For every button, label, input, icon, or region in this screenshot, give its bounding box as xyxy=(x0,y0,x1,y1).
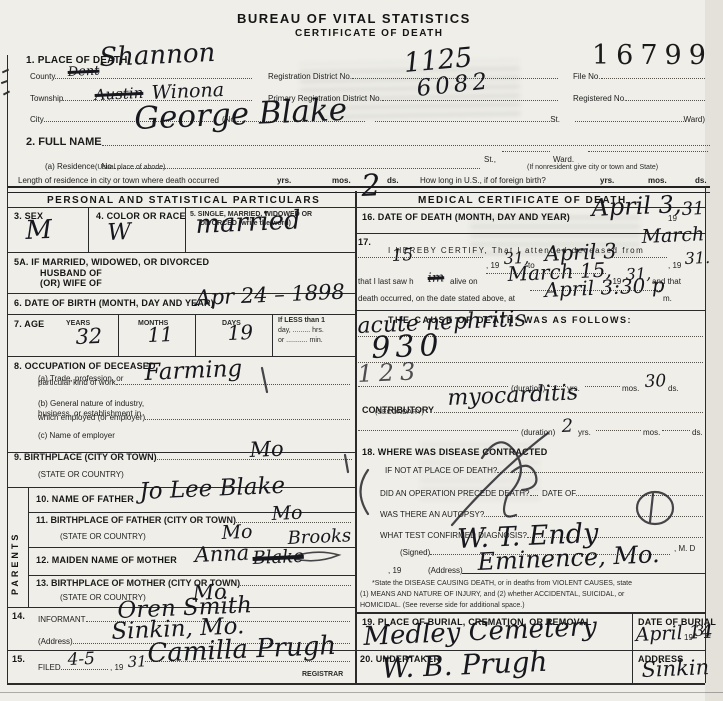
foreign-birth-label: How long in U.S., if of foreign birth? xyxy=(420,176,546,185)
occupation-value: Farming xyxy=(144,358,243,385)
father-name-value: Jo Lee Blake xyxy=(139,475,286,504)
age-days-value: 19 xyxy=(227,322,253,343)
cause-mos-label: mos. xyxy=(622,384,639,393)
dotted-leader xyxy=(382,100,558,101)
footnote-line3: HOMICIDAL. (See reverse side for additio… xyxy=(360,602,525,609)
operation-label: DID AN OPERATION PRECEDE DEATH? xyxy=(380,489,530,498)
dotted-leader xyxy=(575,121,684,122)
row-line xyxy=(7,356,355,357)
age-years-value: 32 xyxy=(75,326,103,348)
dotted-leader xyxy=(240,585,351,586)
dob-label: 6. DATE OF BIRTH (MONTH, DAY AND YEAR) xyxy=(14,298,214,308)
q18-label-line2: IF NOT AT PLACE OF DEATH? xyxy=(385,466,497,475)
parents-vertical-label: PARENTS xyxy=(10,505,20,595)
father-birthplace-value: Mo xyxy=(271,504,303,524)
address-label: (Address) xyxy=(428,566,463,575)
file-no-label: File No. xyxy=(573,72,601,81)
occurred-label: death occurred, on the date stated above… xyxy=(358,294,515,303)
township-label: Township xyxy=(30,94,63,103)
certify-year19-a: , 19 xyxy=(486,261,499,270)
certify-to-year: 31. xyxy=(684,250,710,267)
certify-number: 17. xyxy=(358,237,371,247)
dotted-leader xyxy=(626,100,705,101)
autopsy-row: WAS THERE AN AUTOPSY? xyxy=(380,510,703,519)
city-st-label: St. xyxy=(550,115,560,124)
age-less-line3: or ........... min. xyxy=(278,337,323,344)
cause-code-2: 123 xyxy=(357,359,422,386)
dotted-leader xyxy=(497,472,703,473)
age-less-line2: day, ......... hrs. xyxy=(278,327,324,334)
q18-label-line1: 18. WHERE WAS DISEASE CONTRACTED xyxy=(362,447,547,457)
date-of-death-label: 16. DATE OF DEATH (MONTH, DAY AND YEAR) xyxy=(362,212,570,222)
residence-st-dots xyxy=(502,153,550,154)
dots xyxy=(585,388,620,389)
full-name-label: 2. FULL NAME xyxy=(26,136,102,148)
contrib-duration-label: (duration) xyxy=(521,428,555,437)
pen-tick xyxy=(2,69,9,74)
row-line xyxy=(7,207,355,208)
birthplace-row: 9. BIRTHPLACE (CITY OR TOWN) xyxy=(14,452,352,462)
bureau-title: BUREAU OF VITAL STATISTICS xyxy=(237,11,471,26)
q18-row: IF NOT AT PLACE OF DEATH? xyxy=(385,466,703,475)
dotted-leader xyxy=(601,78,705,79)
page-mark-handwriting: 2 xyxy=(361,171,381,202)
certify-year19-b: , 19 xyxy=(668,261,681,270)
double-rule xyxy=(7,186,710,193)
row-line xyxy=(7,252,355,253)
age-less-line1: If LESS than 1 xyxy=(278,317,325,324)
occurred-time-value: April 3:30 p xyxy=(544,275,665,300)
footnote-line1: *State the DISEASE CAUSING DEATH, or in … xyxy=(372,580,632,587)
residence-st-label: St., xyxy=(484,155,496,164)
autopsy-label: WAS THERE AN AUTOPSY? xyxy=(380,510,484,519)
yrs-label: yrs. xyxy=(600,176,614,185)
footnote-line2: (1) MEANS AND NATURE OF INJURY, and (2) … xyxy=(360,591,624,598)
filed-date-value: 4-5 xyxy=(67,651,95,669)
lastsaw-label2: alive on xyxy=(450,277,478,286)
md-label: , M. D xyxy=(674,544,695,553)
dotted-leader xyxy=(662,430,690,431)
address-19-label: , 19 xyxy=(388,566,401,575)
row-line xyxy=(28,512,355,513)
dotted-leader xyxy=(484,516,703,517)
ds-label: ds. xyxy=(695,176,707,185)
county-label: County xyxy=(30,72,55,81)
column-divider xyxy=(355,191,357,683)
filed-label: FILED xyxy=(38,663,61,672)
informant-label: INFORMANT xyxy=(38,615,86,624)
cell-line xyxy=(195,314,196,356)
physician-address-value: Eminence, Mo. xyxy=(477,542,660,574)
residence-ward-dots xyxy=(588,153,708,154)
mother-maiden-value: Anna xyxy=(194,543,250,566)
age-months-value: 11 xyxy=(147,324,173,345)
left-border xyxy=(7,55,8,683)
dotted-leader xyxy=(585,386,620,387)
father-name-label: 10. NAME OF FATHER xyxy=(36,494,134,504)
cause-ds-label: ds. xyxy=(668,384,679,393)
occurred-m-label: m. xyxy=(663,294,672,303)
father-birthplace-label: 11. BIRTHPLACE OF FATHER (CITY OR TOWN) xyxy=(36,515,236,525)
birthplace-sub-label: (STATE OR COUNTRY) xyxy=(38,470,124,479)
contributory-sub-label: (SECONDARY) xyxy=(375,409,424,416)
date-of-death-year-prefix: 19 xyxy=(668,214,677,223)
dotted-leader xyxy=(576,495,703,496)
cell-line xyxy=(272,314,273,356)
city-ward-label: Ward) xyxy=(684,115,705,124)
dotted-leader xyxy=(102,145,710,146)
dots xyxy=(662,432,690,433)
burial-date-year: 31 xyxy=(694,623,714,639)
registered-no-row: Registered No. xyxy=(573,94,705,103)
file-no-row: File No. xyxy=(573,72,705,81)
certify-from-day: 15 xyxy=(391,247,413,265)
mother-maiden-label: 12. MAIDEN NAME OF MOTHER xyxy=(36,555,177,565)
dotted-leader xyxy=(530,495,538,496)
filed-number: 15. xyxy=(12,654,25,664)
abode-note: (Usual place of abode) xyxy=(95,164,165,171)
mos-label: mos. xyxy=(648,176,667,185)
item5a-line3: (OR) WIFE OF xyxy=(40,278,102,288)
dob-value: Apr 24 – 1898 xyxy=(195,282,345,309)
city-ward-row: Ward) xyxy=(575,115,705,124)
dotted-leader xyxy=(596,430,641,431)
dotted-leader xyxy=(502,151,550,152)
dotted-leader xyxy=(588,151,708,152)
dotted-leader xyxy=(145,419,350,420)
item5a-line2: HUSBAND OF xyxy=(40,268,102,278)
contrib-duration-years-value: 2 xyxy=(561,418,573,436)
bottom-border xyxy=(7,683,705,685)
certify-from-dots xyxy=(358,259,483,260)
certificate-number-stamp: 16799 xyxy=(592,40,713,71)
dotted-leader xyxy=(358,257,483,258)
occupation-a-line2: particular kind of work xyxy=(38,378,116,387)
father-birthplace-row: 11. BIRTHPLACE OF FATHER (CITY OR TOWN) xyxy=(36,515,351,525)
filed-year-prefix: , 19 xyxy=(110,663,123,672)
undertaker-signature: W. B. Prugh xyxy=(381,648,548,683)
full-name-row: 2. FULL NAME xyxy=(26,136,710,148)
mother-maiden-overflow-value: Brooks xyxy=(287,527,351,548)
dotted-leader xyxy=(358,430,518,431)
city-label: City xyxy=(30,115,44,124)
informant-address-label: (Address) xyxy=(38,637,73,646)
ds-label: ds. xyxy=(387,176,399,185)
county-value-handwriting: Shannon xyxy=(99,40,216,71)
date-of-row: DATE OF xyxy=(542,489,703,498)
mother-maiden-crossed-out: Blake xyxy=(252,548,304,568)
left-column-title: PERSONAL AND STATISTICAL PARTICULARS xyxy=(47,195,320,206)
race-value: W xyxy=(107,221,132,245)
dotted-leader xyxy=(375,121,550,122)
cell-line xyxy=(118,314,119,356)
contrib-ds-label: ds. xyxy=(692,428,703,437)
occupation-c-label: (c) Name of employer xyxy=(38,431,115,440)
registrar-label: REGISTRAR xyxy=(302,671,343,678)
dots xyxy=(596,432,641,433)
contrib-duration-dots xyxy=(358,432,518,433)
yrs-label: yrs. xyxy=(277,176,291,185)
operation-row: DID AN OPERATION PRECEDE DEATH? xyxy=(380,489,535,498)
occupation-label: 8. OCCUPATION OF DECEASED xyxy=(14,361,156,371)
item5a-line1: 5A. IF MARRIED, WIDOWED, OR DIVORCED xyxy=(14,257,209,267)
dotted-leader xyxy=(434,412,703,413)
mos-label: mos. xyxy=(332,176,351,185)
full-name-handwriting: George Blake xyxy=(134,95,348,135)
signed-label: (Signed) xyxy=(400,548,430,557)
certify-to-dots xyxy=(612,259,667,260)
lastsaw-label1: that I last saw h xyxy=(358,277,414,286)
dotted-leader xyxy=(114,168,480,169)
dotted-leader xyxy=(612,257,667,258)
address-underline xyxy=(462,573,705,574)
contrib-mos-label: mos. xyxy=(643,428,660,437)
certificate-title: CERTIFICATE OF DEATH xyxy=(295,28,444,39)
row-line xyxy=(7,314,355,315)
certify-from-month: March xyxy=(641,225,705,247)
nonresident-note: (If nonresident give city or town and St… xyxy=(527,164,658,171)
marital-value: married xyxy=(195,207,301,238)
registrar-signature: Camilla Prugh xyxy=(147,633,337,667)
registration-district-label: Registration District No. xyxy=(268,72,352,81)
registered-no-label: Registered No. xyxy=(573,94,626,103)
row-line xyxy=(28,575,355,576)
sex-value: M xyxy=(25,217,53,244)
father-birthplace-sub: (STATE OR COUNTRY) xyxy=(60,532,146,541)
informant-number: 14. xyxy=(12,611,25,621)
length-residence-label: Length of residence in city or town wher… xyxy=(18,176,219,185)
occupation-b-row: which employed (or employer) xyxy=(38,413,350,422)
date-of-death-year: 31 xyxy=(681,200,705,219)
lastsaw-him: im xyxy=(427,271,444,285)
occupation-b-line1: (b) General nature of industry, xyxy=(38,399,144,408)
row-line xyxy=(28,547,355,548)
burial-date-year-prefix: 19 xyxy=(684,633,693,642)
residence-label: (a) Residence. xyxy=(45,162,97,171)
scan-edge-line xyxy=(0,692,723,693)
undertaker-address-value: Sinkin xyxy=(641,657,709,681)
burial-cell-line xyxy=(632,612,633,683)
occupation-b-line3: which employed (or employer) xyxy=(38,413,145,422)
city-st-row: St. xyxy=(375,115,560,124)
cause-duration-days-value: 30 xyxy=(644,373,666,391)
death-certificate-scan: BUREAU OF VITAL STATISTICS CERTIFICATE O… xyxy=(0,0,723,701)
cell-line xyxy=(88,207,89,252)
contrib-yrs-label: yrs. xyxy=(578,428,591,437)
residence-ward-label: Ward. xyxy=(553,155,574,164)
birthplace-value: Mo xyxy=(249,439,284,461)
date-of-label: DATE OF xyxy=(542,489,576,498)
age-label: 7. AGE xyxy=(14,319,44,329)
contributory-value: myocarditis xyxy=(447,382,579,410)
birthplace-label: 9. BIRTHPLACE (CITY OR TOWN) xyxy=(14,452,157,462)
